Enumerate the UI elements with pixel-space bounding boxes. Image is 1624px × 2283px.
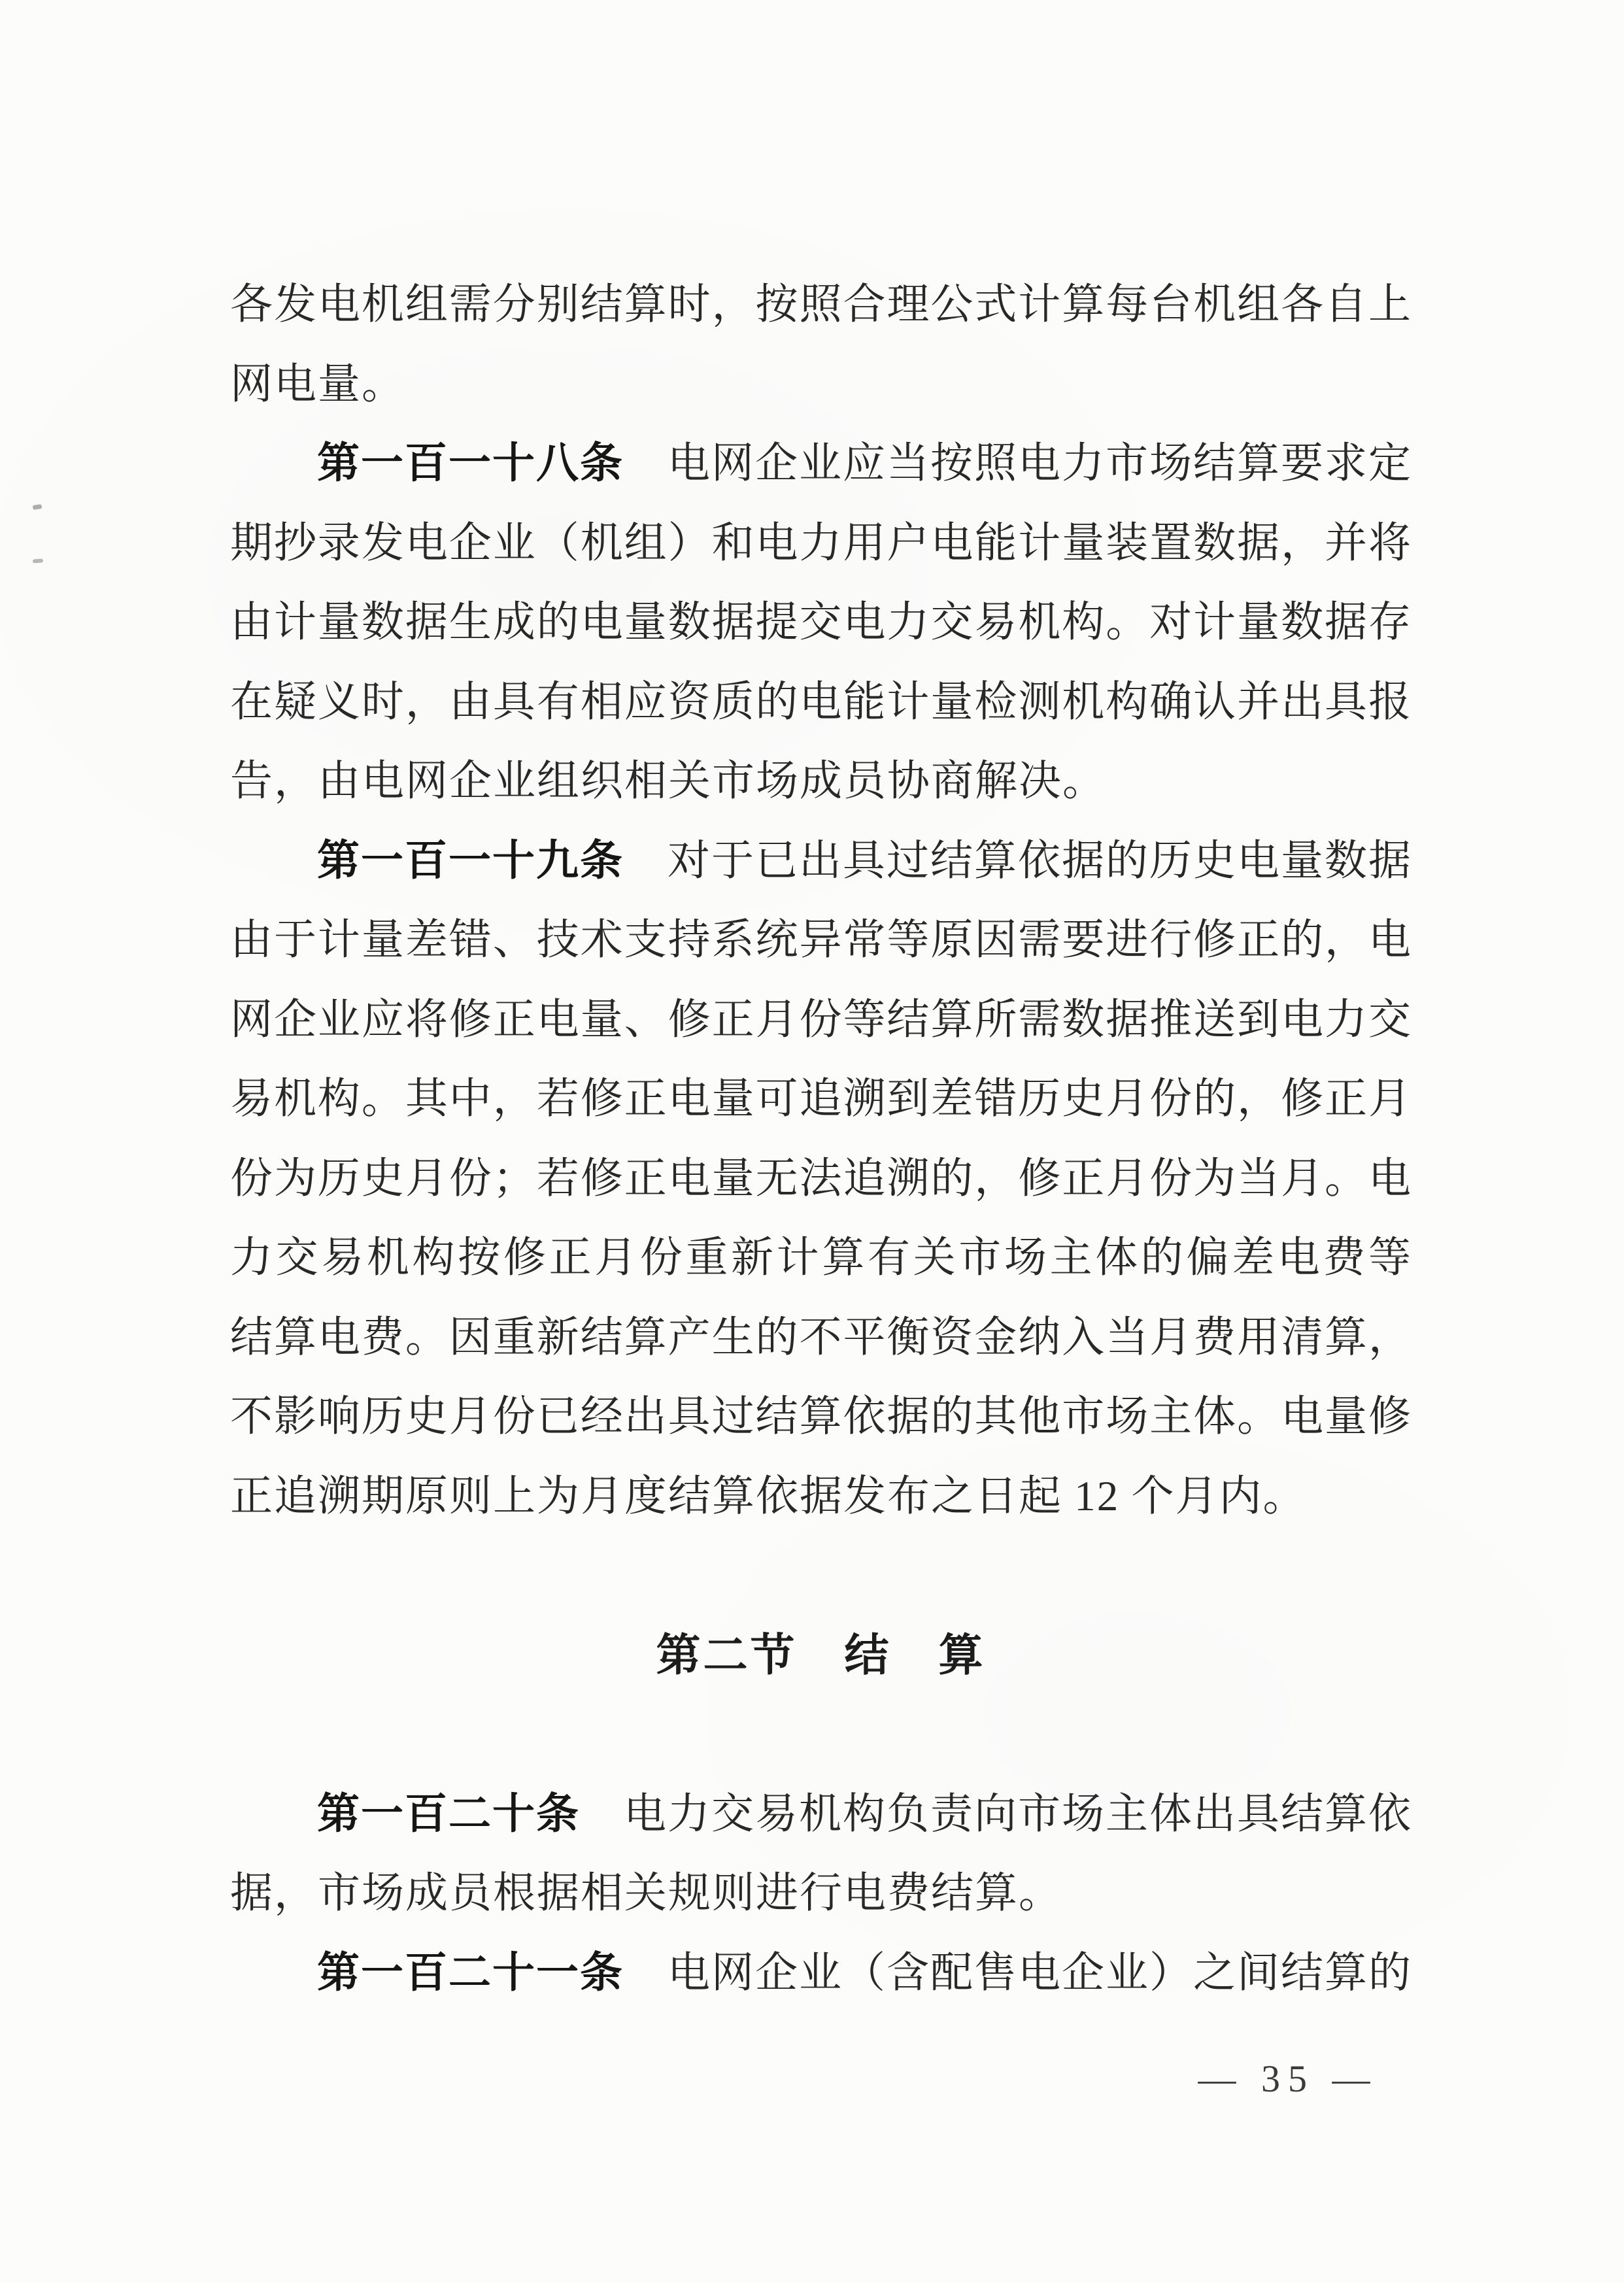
scan-speck bbox=[33, 558, 43, 563]
text-line: 正追溯期原则上为月度结算依据发布之日起 12 个月内。 bbox=[230, 1457, 1412, 1537]
text-line: 告，由电网企业组织相关市场成员协商解决。 bbox=[230, 742, 1412, 822]
text-line: 第一百二十条 电力交易机构负责向市场主体出具结算依 bbox=[230, 1775, 1412, 1855]
article-number: 第一百二十一条 bbox=[317, 1950, 624, 1997]
text-line: 第一百一十八条 电网企业应当按照电力市场结算要求定 bbox=[230, 424, 1412, 504]
line-text: 电力交易机构负责向市场主体出具结算依 bbox=[580, 1791, 1412, 1838]
text-line: 由计量数据生成的电量数据提交电力交易机构。对计量数据存 bbox=[230, 583, 1412, 663]
page-number: — 35 — bbox=[1170, 2057, 1406, 2101]
article-number: 第一百一十九条 bbox=[317, 837, 624, 885]
text-line: 不影响历史月份已经出具过结算依据的其他市场主体。电量修 bbox=[230, 1378, 1412, 1457]
line-text: 对于已出具过结算依据的历史电量数据 bbox=[624, 837, 1412, 885]
text-line: 网电量。 bbox=[230, 345, 1412, 425]
text-line: 易机构。其中，若修正电量可追溯到差错历史月份的，修正月 bbox=[230, 1060, 1412, 1140]
text-line: 结算电费。因重新结算产生的不平衡资金纳入当月费用清算， bbox=[230, 1298, 1412, 1378]
text-line: 份为历史月份；若修正电量无法追溯的，修正月份为当月。电 bbox=[230, 1140, 1412, 1219]
text-line: 力交易机构按修正月份重新计算有关市场主体的偏差电费等 bbox=[230, 1219, 1412, 1298]
line-text: 电网企业（含配售电企业）之间结算的 bbox=[624, 1950, 1412, 1997]
text-line: 各发电机组需分别结算时，按照合理公式计算每台机组各自上 bbox=[230, 265, 1412, 345]
document-page: 各发电机组需分别结算时，按照合理公式计算每台机组各自上网电量。第一百一十八条 电… bbox=[0, 0, 1624, 2283]
section-heading: 第二节 结 算 bbox=[230, 1616, 1412, 1696]
text-line: 第一百二十一条 电网企业（含配售电企业）之间结算的 bbox=[230, 1934, 1412, 2014]
scan-speck bbox=[33, 504, 42, 510]
text-line: 由于计量差错、技术支持系统异常等原因需要进行修正的，电 bbox=[230, 901, 1412, 981]
text-line: 在疑义时，由具有相应资质的电能计量检测机构确认并出具报 bbox=[230, 663, 1412, 743]
article-number: 第一百一十八条 bbox=[317, 440, 624, 487]
line-text: 电网企业应当按照电力市场结算要求定 bbox=[624, 440, 1412, 487]
text-line: 据，市场成员根据相关规则进行电费结算。 bbox=[230, 1854, 1412, 1934]
text-block: 各发电机组需分别结算时，按照合理公式计算每台机组各自上网电量。第一百一十八条 电… bbox=[230, 265, 1412, 2013]
text-line: 第一百一十九条 对于已出具过结算依据的历史电量数据 bbox=[230, 822, 1412, 902]
article-number: 第一百二十条 bbox=[317, 1791, 580, 1838]
text-line: 期抄录发电企业（机组）和电力用户电能计量装置数据，并将 bbox=[230, 504, 1412, 584]
text-line: 网企业应将修正电量、修正月份等结算所需数据推送到电力交 bbox=[230, 981, 1412, 1060]
